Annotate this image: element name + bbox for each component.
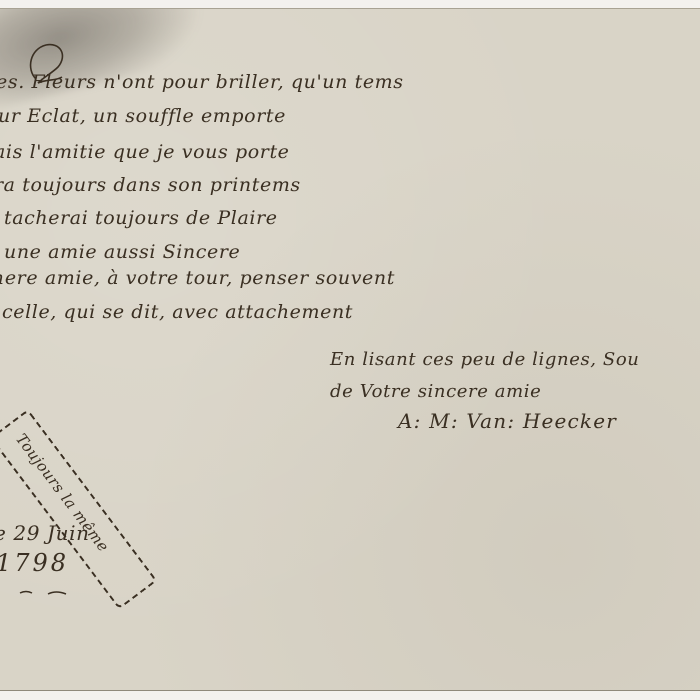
date-day-month: e 29 Juin xyxy=(0,521,90,545)
poem-line-2: ur Eclat, un souffle emporte xyxy=(0,105,286,127)
closing-line-1: En lisant ces peu de lignes, Sou xyxy=(330,349,640,370)
signature: A: M: Van: Heecker xyxy=(398,409,617,433)
closing-line-2: de Votre sincere amie xyxy=(330,381,541,402)
poem-line-3: ais l'amitie que je vous porte xyxy=(0,141,290,163)
poem-line-6: une amie aussi Sincere xyxy=(4,241,240,263)
poem-line-5: tacherai toujours de Plaire xyxy=(4,207,278,229)
date-year: 1798 xyxy=(0,549,69,577)
document-viewer: es. Fleurs n'ont pour briller, qu'un tem… xyxy=(0,0,700,700)
poem-line-7: here amie, à votre tour, penser souvent xyxy=(0,267,395,289)
poem-line-1: es. Fleurs n'ont pour briller, qu'un tem… xyxy=(0,71,404,93)
flourish-icon xyxy=(18,589,78,597)
dashed-motto-box: Toujours la même xyxy=(0,409,157,610)
letter-paper: es. Fleurs n'ont pour briller, qu'un tem… xyxy=(0,8,700,691)
poem-line-4: ra toujours dans son printems xyxy=(0,174,301,196)
poem-line-8: celle, qui se dit, avec attachement xyxy=(2,301,353,323)
